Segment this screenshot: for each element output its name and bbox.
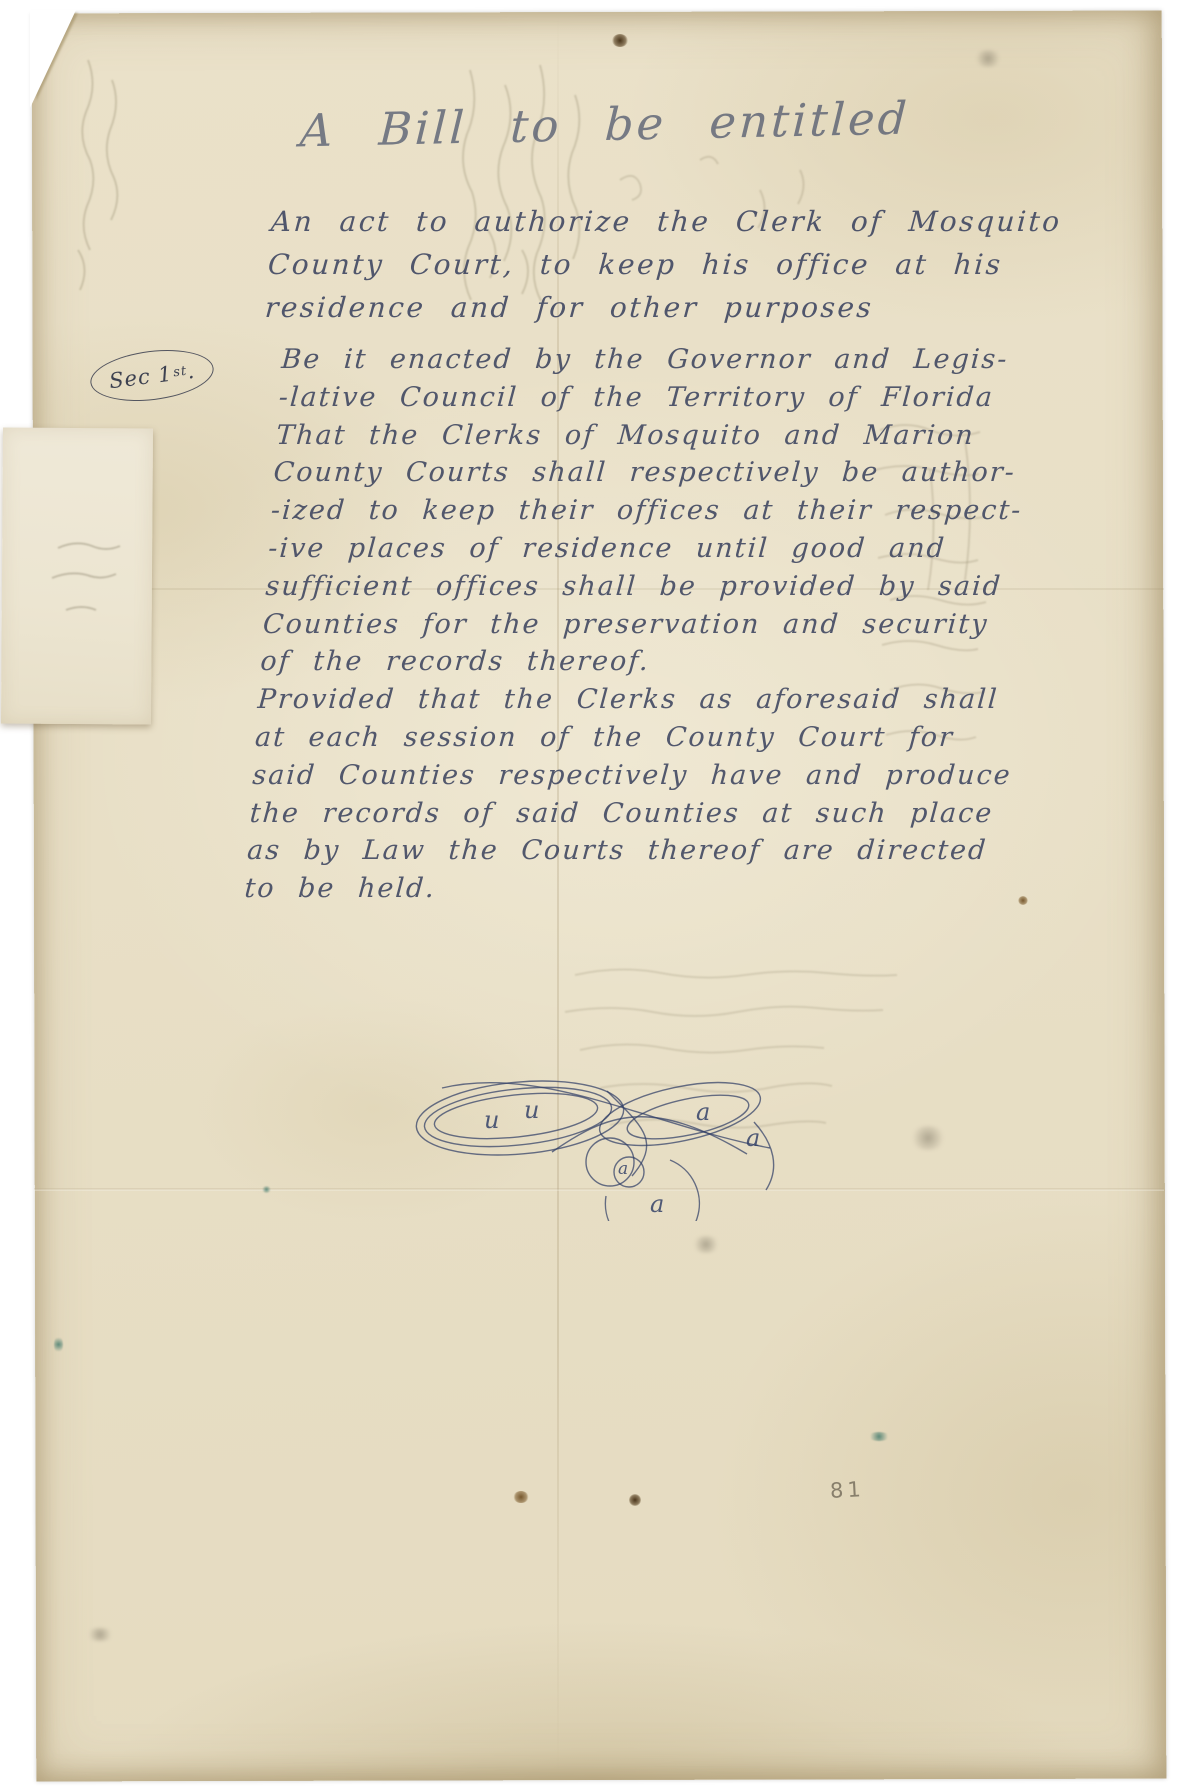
body-line: Be it enacted by the Governor and Legis- bbox=[280, 341, 1042, 379]
teal-mark-right bbox=[868, 1432, 890, 1441]
body-line: -ized to keep their offices at their res… bbox=[270, 492, 1032, 530]
teal-dot-center bbox=[262, 1186, 271, 1193]
caption-line: residence and for other purposes bbox=[263, 286, 1057, 329]
page-number-annotation: 81 bbox=[829, 1477, 865, 1503]
section-marker-period: . bbox=[186, 358, 197, 383]
body-line: to be held. bbox=[243, 870, 1005, 908]
stain-bottom-center bbox=[629, 1494, 641, 1506]
body-line: Provided that the Clerks as aforesaid sh… bbox=[256, 681, 1018, 719]
body-line: said Counties respectively have and prod… bbox=[251, 757, 1013, 795]
flourish-glyph: a bbox=[650, 1190, 664, 1218]
body-line: as by Law the Courts thereof are directe… bbox=[246, 832, 1008, 870]
body-line: sufficient offices shall be provided by … bbox=[264, 568, 1026, 606]
flourish-glyph: a bbox=[746, 1124, 760, 1152]
flourish-glyph: a bbox=[696, 1098, 710, 1126]
stain-right-middle bbox=[1018, 896, 1028, 905]
caption-line: County Court, to keep his office at his bbox=[266, 243, 1060, 286]
document-scan: A Bill to be entitled An act to authoriz… bbox=[0, 0, 1200, 1790]
body-line: -lative Council of the Territory of Flor… bbox=[278, 379, 1040, 417]
body-line: -ive places of residence until good and bbox=[267, 530, 1029, 568]
pen-flourish: u u a a a a bbox=[402, 1056, 792, 1221]
body-line: at each session of the County Court for bbox=[254, 719, 1016, 757]
pasted-patch bbox=[1, 427, 153, 724]
teal-mark-left bbox=[54, 1336, 63, 1353]
body-line: the records of said Counties at such pla… bbox=[248, 795, 1010, 833]
stain-bottom-left-center bbox=[513, 1491, 529, 1503]
stain-top-center bbox=[612, 34, 628, 47]
section-marker-label: Sec 1 bbox=[108, 361, 174, 393]
smudge-mid-right bbox=[910, 1126, 946, 1150]
corner-fold-icon bbox=[30, 10, 76, 108]
body-line: Counties for the preservation and securi… bbox=[262, 606, 1024, 644]
body-line: County Courts shall respectively be auth… bbox=[272, 454, 1034, 492]
body-text-block: Be it enacted by the Governor and Legis-… bbox=[243, 341, 1042, 908]
caption-block: An act to authorize the Clerk of Mosquit… bbox=[263, 200, 1063, 329]
body-line: of the records thereof. bbox=[259, 643, 1021, 681]
flourish-glyph: u bbox=[484, 1106, 499, 1134]
smudge-top-right bbox=[974, 50, 1002, 67]
caption-line: An act to authorize the Clerk of Mosquit… bbox=[270, 200, 1064, 243]
flourish-glyph: a bbox=[618, 1159, 628, 1179]
body-line: That the Clerks of Mosquito and Marion bbox=[275, 417, 1037, 455]
smudge-bottom-left bbox=[86, 1628, 114, 1641]
flourish-glyph: u bbox=[524, 1096, 539, 1124]
smudge-lower-center bbox=[692, 1236, 720, 1253]
